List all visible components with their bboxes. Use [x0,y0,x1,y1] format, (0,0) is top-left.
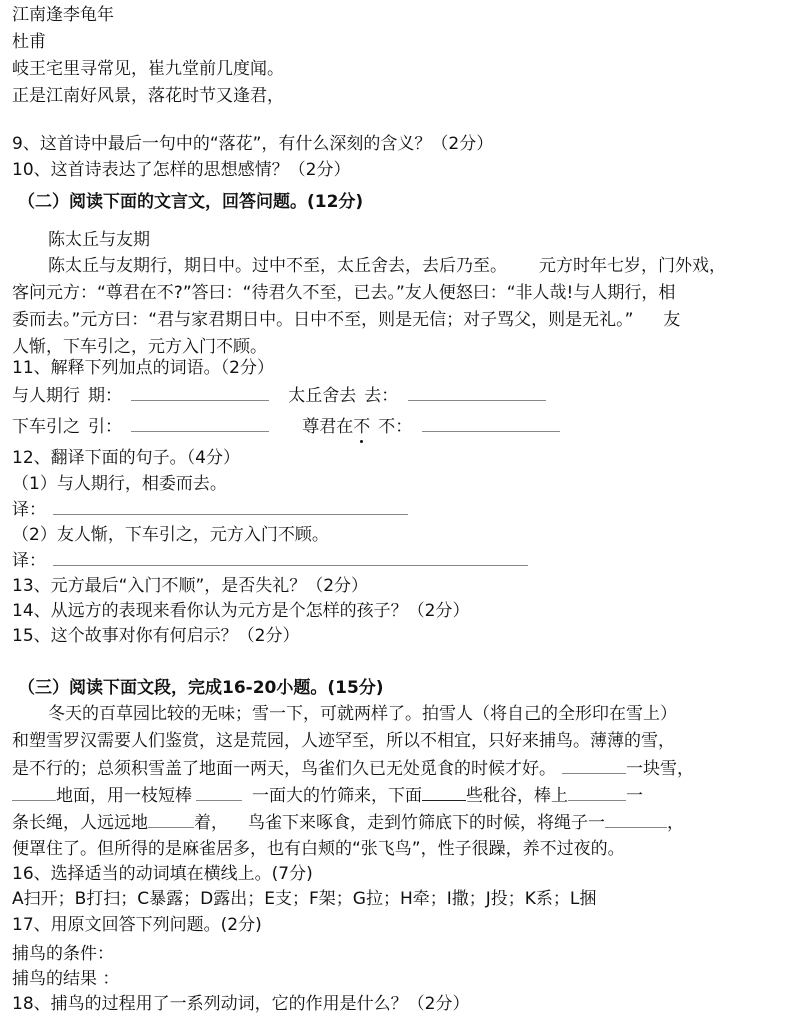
fill-blank-6[interactable] [148,811,194,828]
q12-sentence-1: （1）与人期行，相委而去。 [12,473,227,495]
answer-blank-qi[interactable] [131,384,269,401]
poem-line-1: 岐王宅里寻常见，崔九堂前几度闻。 [12,58,284,80]
question-11: 11、解释下列加点的词语。（2分） [12,357,274,379]
emphasis-dot-char: 不 [353,416,370,438]
q12-translate-2: 译： [12,549,528,572]
s3-line-6: 便罩住了。但所得的是麻雀居多，也有白颊的“张飞鸟”，性子很躁，养不过夜的。 [12,838,625,860]
answer-blank-bu[interactable] [422,415,560,432]
question-10: 10、这首诗表达了怎样的思想感情？（2分） [12,159,350,181]
q12-sentence-2: （2）友人惭，下车引之，元方入门不顾。 [12,524,329,546]
fill-blank-3[interactable] [196,784,242,801]
translation-blank-2[interactable] [53,549,528,566]
passage-line-4: 人惭，下车引之，元方入门不顾。 [12,336,267,358]
question-13: 13、元方最后“入门不顺”，是否失礼？（2分） [12,575,368,597]
poem-line-2: 正是江南好风景，落花时节又逢君， [12,85,284,107]
question-12: 12、翻译下面的句子。（4分） [12,447,240,469]
fill-blank-4[interactable] [422,784,466,801]
poem-title: 江南逢李龟年 [12,4,114,26]
question-14: 14、从远方的表现来看你认为元方是个怎样的孩子？（2分） [12,600,469,622]
s3-line-1: 冬天的百草园比较的无味；雪一下，可就两样了。拍雪人（将自己的全形印在雪上） [48,703,677,725]
q17-condition: 捕鸟的条件： [12,943,114,965]
question-17: 17、用原文回答下列问题。(2分) [12,914,262,936]
q11-row-1: 与人期行期： 太丘舍去去： [12,384,546,407]
fill-blank-2[interactable] [12,784,56,801]
fill-blank-5[interactable] [568,784,626,801]
q12-translate-1: 译： [12,498,408,521]
translation-blank-1[interactable] [53,498,408,515]
s3-line-5: 条长绳，人远远地着，鸟雀下来啄食，走到竹筛底下的时候，将绳子一， [12,811,684,834]
question-15: 15、这个故事对你有何启示？（2分） [12,625,299,647]
fill-blank-1[interactable] [562,757,626,774]
section-2-heading: （二）阅读下面的文言文，回答问题。(12分) [18,191,363,213]
question-9: 9、这首诗中最后一句中的“落花”，有什么深刻的含义？（2分） [12,133,493,155]
fill-blank-7[interactable] [605,811,667,828]
s3-line-3: 是不行的；总须积雪盖了地面一两天，鸟雀们久已无处觅食的时候才好。一块雪， [12,757,694,780]
s3-line-4: 地面，用一枝短棒一面大的竹筛来，下面些秕谷，棒上一 [12,784,643,807]
passage-line-3: 委而去。”元方曰：“君与家君期日中。日中不至，则是无信；对子骂父，则是无礼。”友 [12,309,680,331]
section-3-heading: （三）阅读下面文段，完成16-20小题。(15分) [18,677,384,699]
answer-blank-qu[interactable] [408,384,546,401]
s3-line-2: 和塑雪罗汉需要人们鉴赏，这是荒园，人迹罕至，所以不相宜，只好来捕鸟。薄薄的雪， [12,730,675,752]
passage-title: 陈太丘与友期 [48,229,150,251]
passage-line-2: 客问元方：“尊君在不?”答曰：“待君久不至，已去。”友人便怒曰：“非人哉!与人期… [12,282,675,304]
q11-row-2: 下车引之引： 尊君在不不： [12,415,560,438]
passage-line-1: 陈太丘与友期行，期日中。过中不至，太丘舍去，去后乃至。元方时年七岁，门外戏， [48,255,726,277]
question-16: 16、选择适当的动词填在横线上。(7分) [12,863,313,885]
question-18: 18、捕鸟的过程用了一系列动词，它的作用是什么？（2分） [12,993,469,1015]
q17-result: 捕鸟的结果 ： [12,968,119,990]
q16-options: A扫开；B打扫；C暴露；D露出；E支；F架；G拉；H牵；I撒；J投；K系；L捆 [12,888,596,910]
answer-blank-yin[interactable] [131,415,269,432]
poem-author: 杜甫 [12,31,46,53]
